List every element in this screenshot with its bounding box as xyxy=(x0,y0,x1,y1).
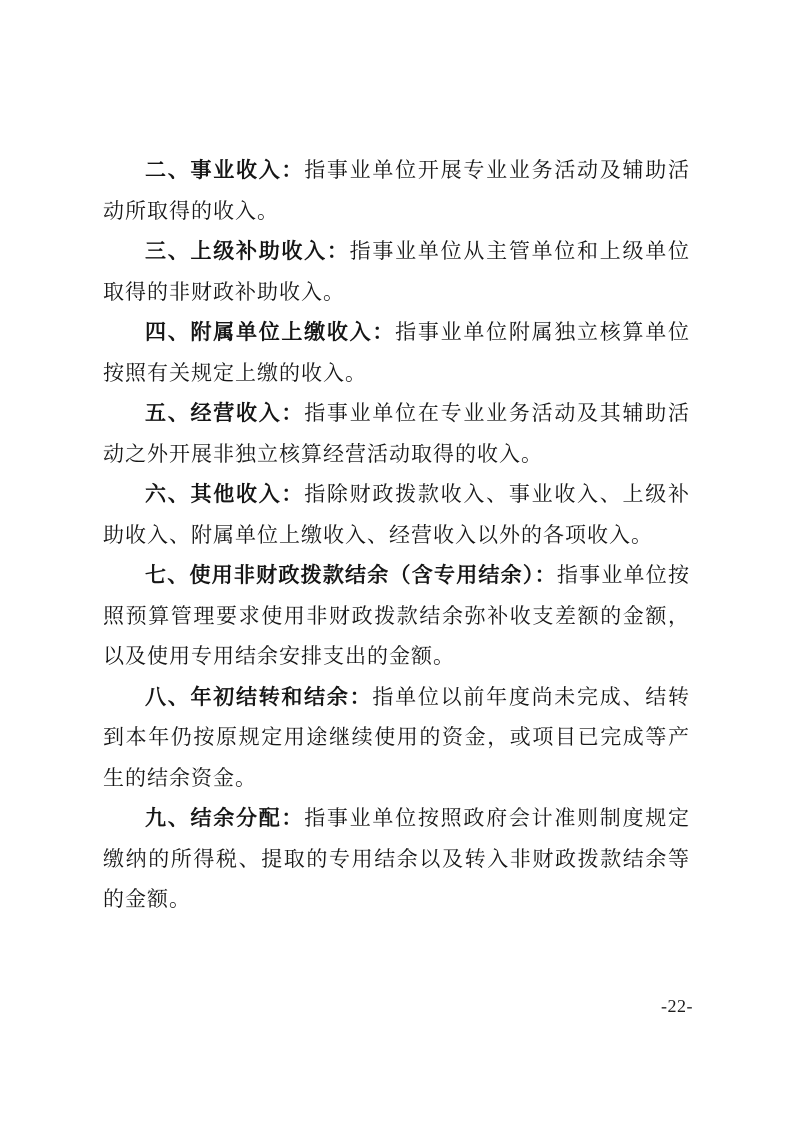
term-label: 六、其他收入： xyxy=(145,482,304,506)
page-number: -22- xyxy=(661,995,693,1017)
definition-paragraph: 二、事业收入：指事业单位开展专业业务活动及辅助活动所取得的收入。 xyxy=(103,150,690,231)
definition-paragraph: 三、上级补助收入：指事业单位从主管单位和上级单位取得的非财政补助收入。 xyxy=(103,231,690,312)
term-label: 五、经营收入： xyxy=(145,401,304,425)
term-label: 三、上级补助收入： xyxy=(145,239,350,263)
definition-paragraph: 四、附属单位上缴收入：指事业单位附属独立核算单位按照有关规定上缴的收入。 xyxy=(103,312,690,393)
definition-paragraph: 八、年初结转和结余：指单位以前年度尚未完成、结转到本年仍按原规定用途继续使用的资… xyxy=(103,677,690,799)
term-label: 七、使用非财政拨款结余（含专用结余）： xyxy=(145,563,557,587)
definition-paragraph: 五、经营收入：指事业单位在专业业务活动及其辅助活动之外开展非独立核算经营活动取得… xyxy=(103,393,690,474)
term-label: 四、附属单位上缴收入： xyxy=(145,320,395,344)
term-label: 八、年初结转和结余： xyxy=(145,685,372,709)
definition-paragraph: 九、结余分配：指事业单位按照政府会计准则制度规定缴纳的所得税、提取的专用结余以及… xyxy=(103,798,690,920)
document-page: 二、事业收入：指事业单位开展专业业务活动及辅助活动所取得的收入。 三、上级补助收… xyxy=(0,0,793,1122)
term-label: 二、事业收入： xyxy=(145,158,304,182)
definition-paragraph: 六、其他收入：指除财政拨款收入、事业收入、上级补助收入、附属单位上缴收入、经营收… xyxy=(103,474,690,555)
term-label: 九、结余分配： xyxy=(145,806,304,830)
document-body: 二、事业收入：指事业单位开展专业业务活动及辅助活动所取得的收入。 三、上级补助收… xyxy=(103,150,690,920)
definition-paragraph: 七、使用非财政拨款结余（含专用结余）：指事业单位按照预算管理要求使用非财政拨款结… xyxy=(103,555,690,677)
